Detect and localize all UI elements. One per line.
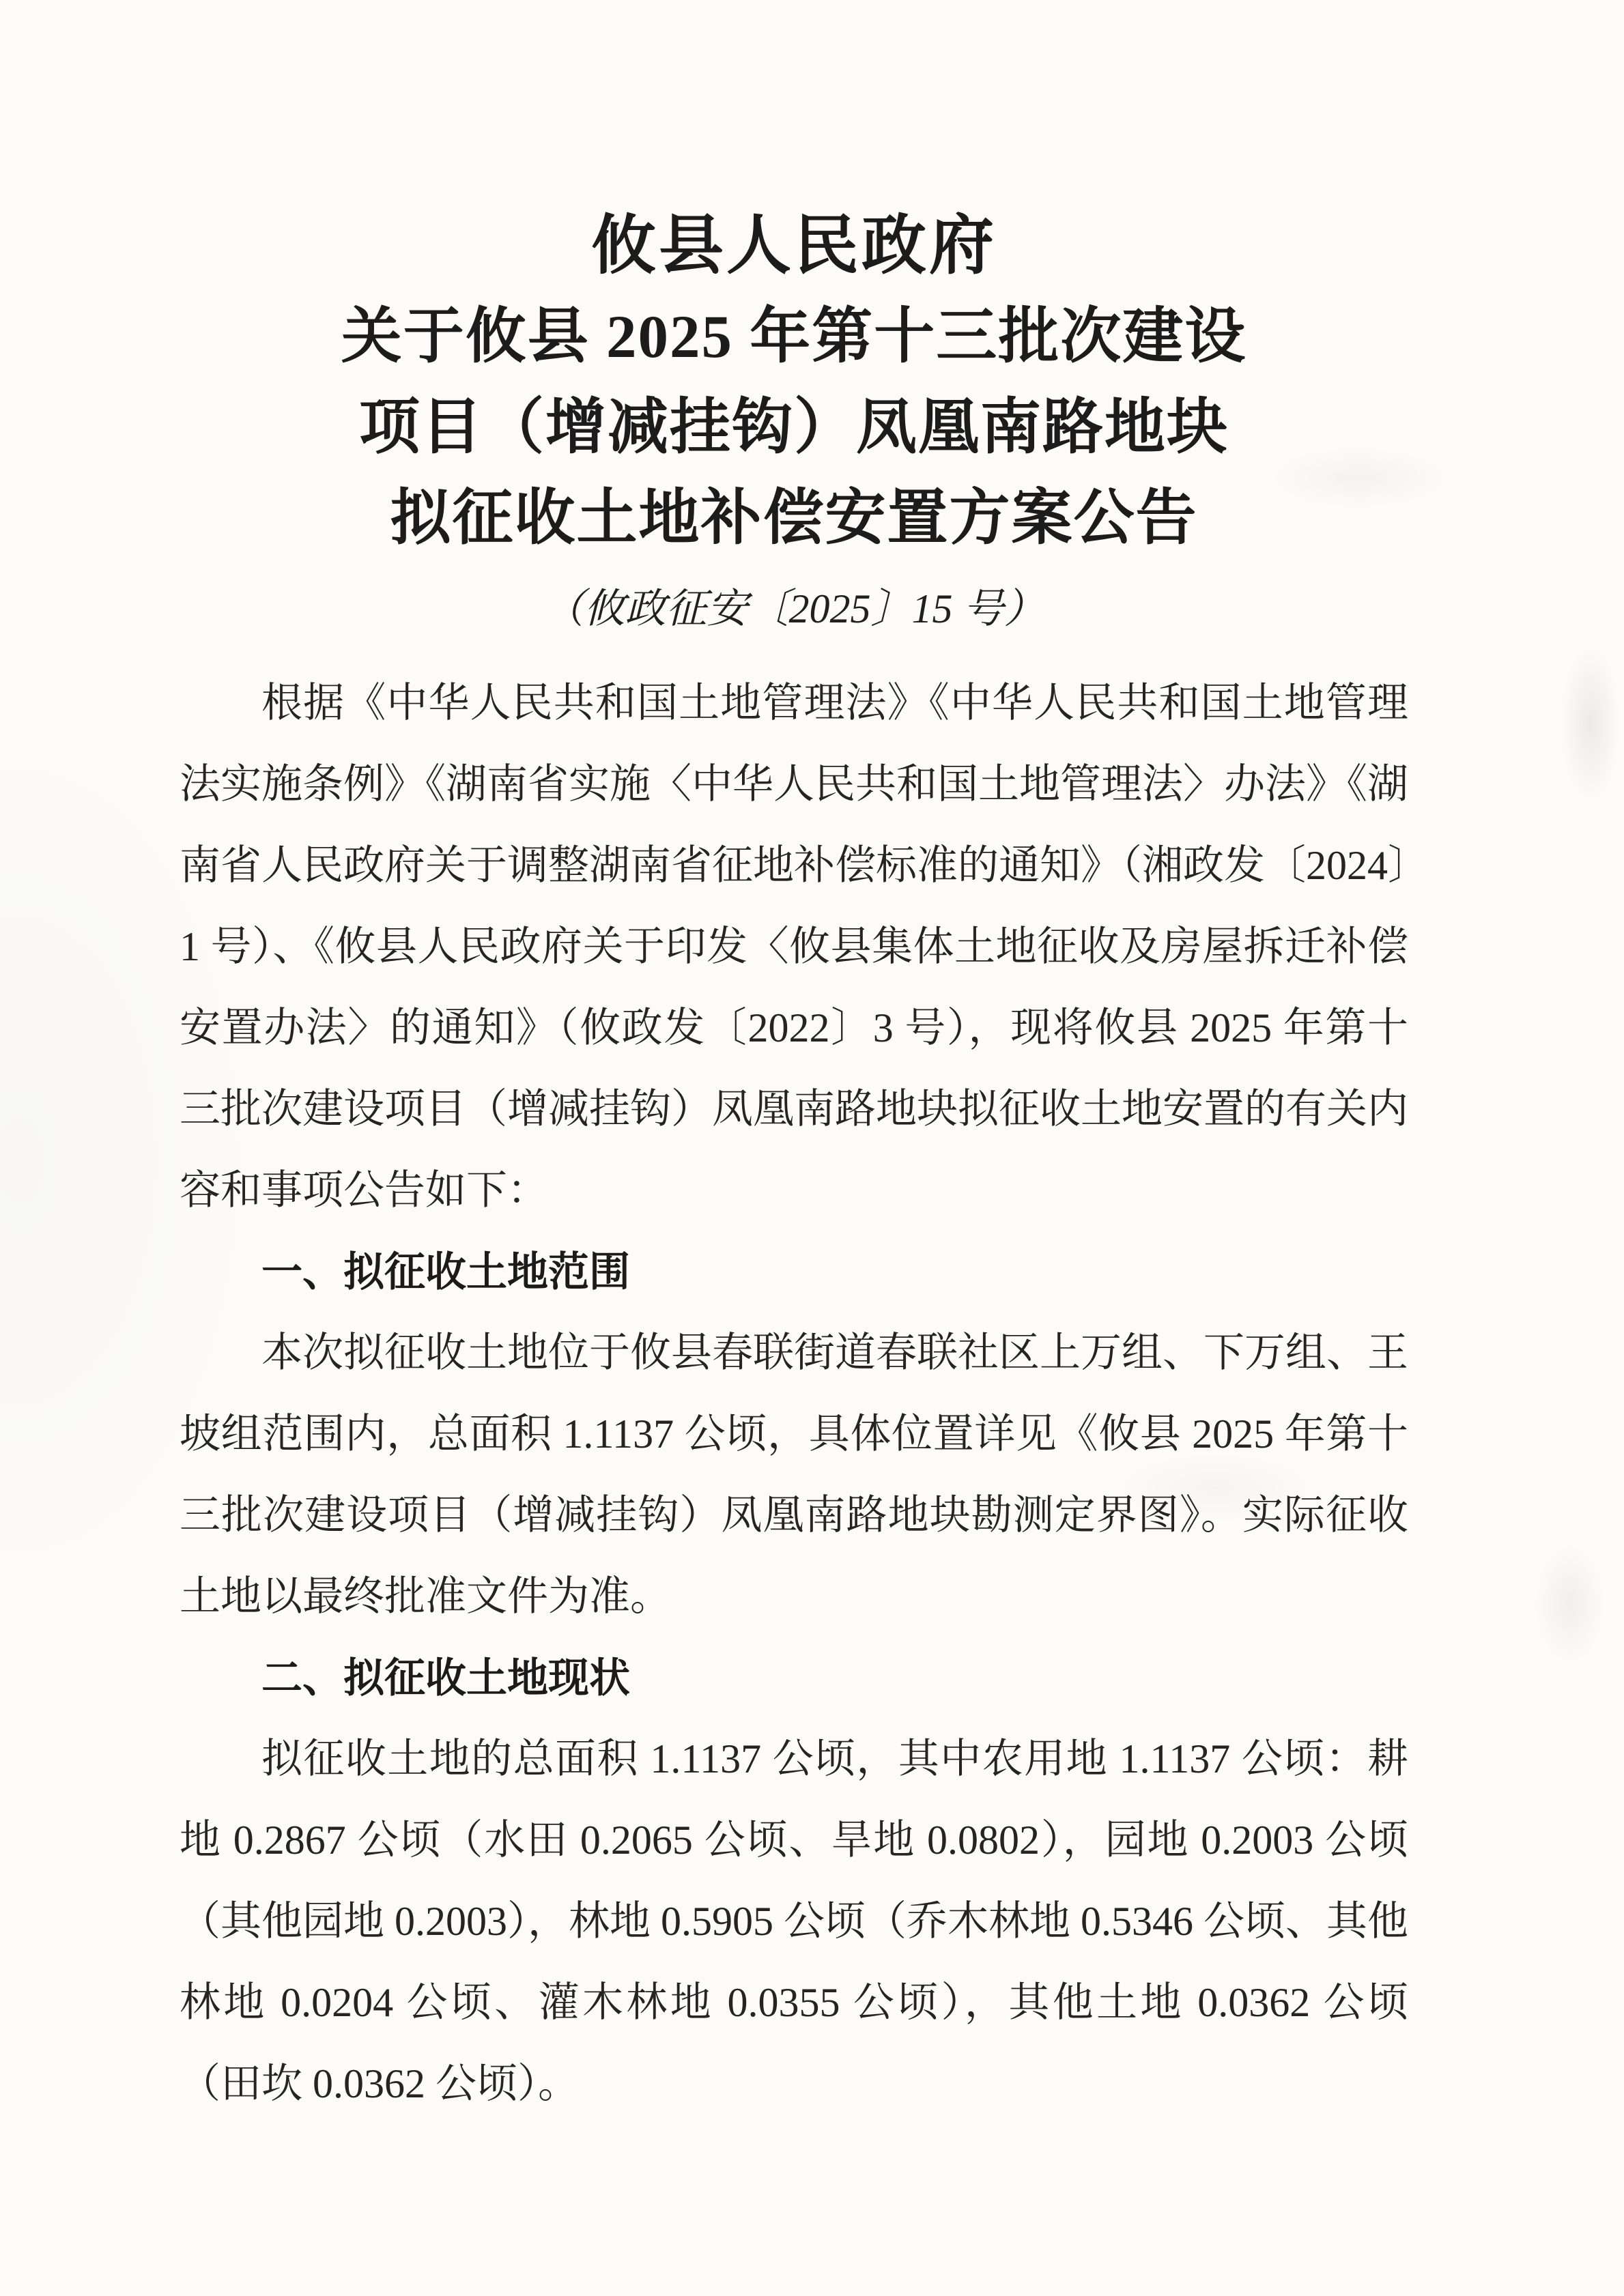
document-content: 攸县人民政府 关于攸县 2025 年第十三批次建设 项目（增减挂钩）凤凰南路地块… <box>180 199 1408 2125</box>
section-1-paragraph: 本次拟征收土地位于攸县春联街道春联社区上万组、下万组、王坡组范围内，总面积 1.… <box>180 1312 1408 1637</box>
title-line-2: 关于攸县 2025 年第十三批次建设 <box>180 292 1408 383</box>
document-number: （攸政征安〔2025〕15 号） <box>180 578 1408 640</box>
section-1-heading: 一、拟征收土地范围 <box>180 1231 1408 1312</box>
scanned-document-page: 攸县人民政府 关于攸县 2025 年第十三批次建设 项目（增减挂钩）凤凰南路地块… <box>0 0 1624 2296</box>
document-body: 根据《中华人民共和国土地管理法》《中华人民共和国土地管理法实施条例》《湖南省实施… <box>180 663 1408 2125</box>
title-line-3: 项目（增减挂钩）凤凰南路地块 <box>180 383 1408 474</box>
title-line-4: 拟征收土地补偿安置方案公告 <box>180 474 1408 564</box>
intro-paragraph: 根据《中华人民共和国土地管理法》《中华人民共和国土地管理法实施条例》《湖南省实施… <box>180 663 1408 1231</box>
section-2-heading: 二、拟征收土地现状 <box>180 1637 1408 1719</box>
title-issuer-line: 攸县人民政府 <box>180 199 1408 292</box>
document-title: 攸县人民政府 关于攸县 2025 年第十三批次建设 项目（增减挂钩）凤凰南路地块… <box>180 199 1408 564</box>
section-2-paragraph: 拟征收土地的总面积 1.1137 公顷，其中农用地 1.1137 公顷：耕地 0… <box>180 1719 1408 2125</box>
